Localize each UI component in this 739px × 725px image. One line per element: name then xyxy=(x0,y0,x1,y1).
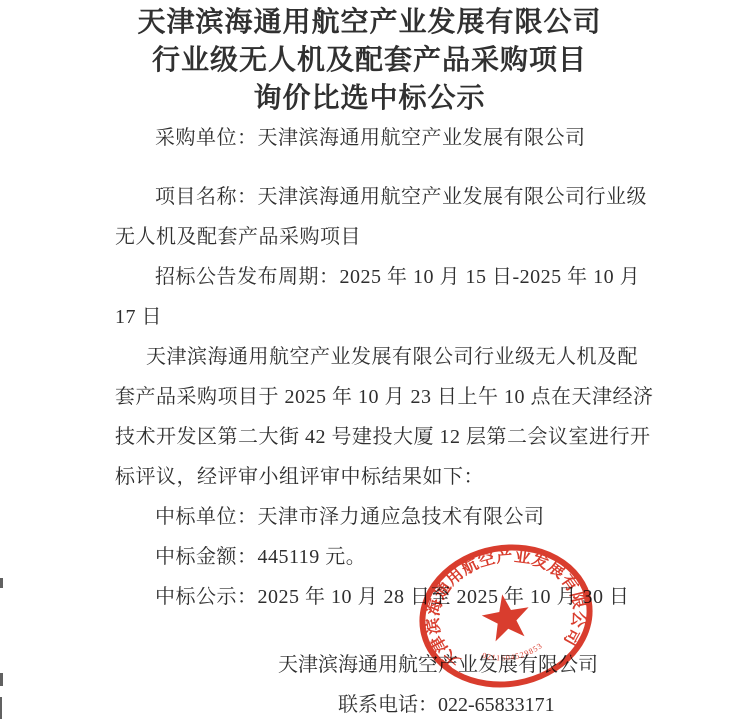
title-line-2: 行业级无人机及配套产品采购项目 xyxy=(0,42,739,80)
paragraph-line-1: 天津滨海通用航空产业发展有限公司行业级无人机及配 xyxy=(115,337,635,377)
publicity-period-line: 中标公示：2025 年 10 月 28 日至 2025 年 10 月 30 日 xyxy=(115,577,635,617)
winner-line: 中标单位：天津市泽力通应急技术有限公司 xyxy=(115,497,635,537)
scan-artifact xyxy=(0,697,2,719)
notice-period-line: 招标公告发布周期：2025 年 10 月 15 日-2025 年 10 月 xyxy=(115,257,635,297)
footer-company-name: 天津滨海通用航空产业发展有限公司 xyxy=(278,645,739,685)
footer-phone: 联系电话：022-65833171 xyxy=(338,685,739,725)
paragraph-line-4: 标评议，经评审小组评审中标结果如下： xyxy=(115,457,635,497)
scan-artifact xyxy=(0,673,3,686)
purchaser-line: 采购单位：天津滨海通用航空产业发展有限公司 xyxy=(115,118,635,158)
scan-artifact xyxy=(0,578,3,588)
document-page: 天津滨海通用航空产业发展有限公司 行业级无人机及配套产品采购项目 询价比选中标公… xyxy=(0,0,739,725)
notice-period-wrap: 17 日 xyxy=(115,297,635,337)
paragraph-line-2: 套产品采购项目于 2025 年 10 月 23 日上午 10 点在天津经济 xyxy=(115,377,635,417)
project-name-line: 项目名称：天津滨海通用航空产业发展有限公司行业级 xyxy=(115,177,635,217)
title-line-3: 询价比选中标公示 xyxy=(0,80,739,118)
document-title: 天津滨海通用航空产业发展有限公司 行业级无人机及配套产品采购项目 询价比选中标公… xyxy=(0,0,739,118)
amount-line: 中标金额：445119 元。 xyxy=(115,537,635,577)
title-line-1: 天津滨海通用航空产业发展有限公司 xyxy=(0,4,739,42)
paragraph-line-3: 技术开发区第二大街 42 号建投大厦 12 层第二会议室进行开 xyxy=(115,417,635,457)
document-body: 采购单位：天津滨海通用航空产业发展有限公司 项目名称：天津滨海通用航空产业发展有… xyxy=(115,118,635,617)
document-footer: 天津滨海通用航空产业发展有限公司 联系电话：022-65833171 xyxy=(0,645,739,725)
project-name-wrap: 无人机及配套产品采购项目 xyxy=(115,217,635,257)
